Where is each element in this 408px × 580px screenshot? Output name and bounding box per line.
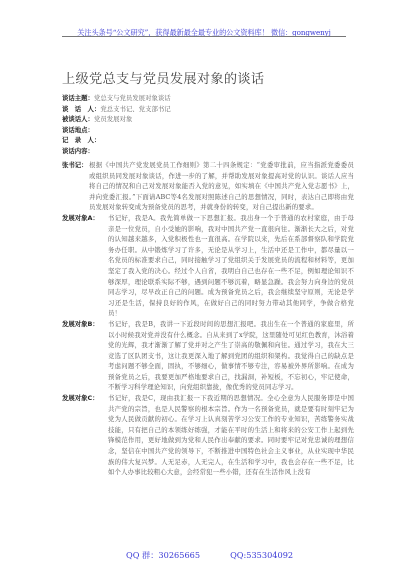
meta-location: 谈话地点： <box>62 125 171 136</box>
header-rule <box>62 36 346 37</box>
meta-label: 谈话地点： <box>62 126 94 134</box>
meta-value: 党总支与党员发展对象谈话 <box>94 94 171 102</box>
contact-footer: QQ 群：30265665QQ:535304092 <box>126 550 323 561</box>
dialogue-body: 张书记： 根据《中国共产党发展党员工作细则》第二十四条规定：“党委审批前，应当指… <box>62 160 354 478</box>
paragraph-text: 书记好，我是C，现由我汇报一下我近期的思想情况。全心全意为人民服务即是中国共产党… <box>62 393 354 478</box>
qq-group-number: QQ 群：30265665 <box>126 550 200 560</box>
dialogue-paragraph-secretary: 张书记： 根据《中国共产党发展党员工作细则》第二十四条规定：“党委审批前，应当指… <box>62 160 354 213</box>
meta-value: 党员发展对象 <box>94 115 132 123</box>
meta-interviewee: 被谈话人：党员发展对象 <box>62 114 171 125</box>
meta-label: 记 录 人： <box>62 136 100 144</box>
qq-number: QQ:535304092 <box>230 550 293 560</box>
speaker-label: 发展对象A： <box>62 213 99 224</box>
speaker-label: 发展对象C： <box>62 393 99 404</box>
speaker-label: 发展对象B： <box>62 319 99 330</box>
meta-content: 谈话内容： <box>62 146 171 157</box>
dialogue-paragraph-candidate-b: 发展对象B： 书记好，我是B，我讲一下近段时间的思想汇报吧。我出生在一个普通的家… <box>62 319 354 393</box>
meta-label: 谈话内容： <box>62 147 94 155</box>
meta-topic: 谈话主题：党总支与党员发展对象谈话 <box>62 93 171 104</box>
meta-value: 党总支书记、党支部书记 <box>100 105 170 113</box>
meta-recorder: 记 录 人： <box>62 135 171 146</box>
meta-speaker: 谈 话 人：党总支书记、党支部书记 <box>62 104 171 115</box>
paragraph-text: 书记好，我是A。我先简单做一下思想汇报。我出身一个于普通的农村家庭，由于母亲是一… <box>62 213 354 319</box>
paragraph-text: 书记好，我是B，我讲一下近段时间的思想汇报吧。我出生在一个普通的家庭里，所以小时… <box>62 319 354 393</box>
document-title: 上级党总支与党员发展对象的谈话 <box>62 68 264 87</box>
meta-label: 谈 话 人： <box>62 105 100 113</box>
speaker-label: 张书记： <box>62 160 88 171</box>
dialogue-paragraph-candidate-a: 发展对象A： 书记好，我是A。我先简单做一下思想汇报。我出身一个于普通的农村家庭… <box>62 213 354 319</box>
meta-label: 被谈话人： <box>62 115 94 123</box>
meta-label: 谈话主题： <box>62 94 94 102</box>
meta-block: 谈话主题：党总支与党员发展对象谈话 谈 话 人：党总支书记、党支部书记 被谈话人… <box>62 93 171 156</box>
paragraph-text: 根据《中国共产党发展党员工作细则》第二十四条规定：“党委审批前，应当指派党委委员… <box>62 160 354 213</box>
dialogue-paragraph-candidate-c: 发展对象C： 书记好，我是C，现由我汇报一下我近期的思想情况。全心全意为人民服务… <box>62 393 354 478</box>
